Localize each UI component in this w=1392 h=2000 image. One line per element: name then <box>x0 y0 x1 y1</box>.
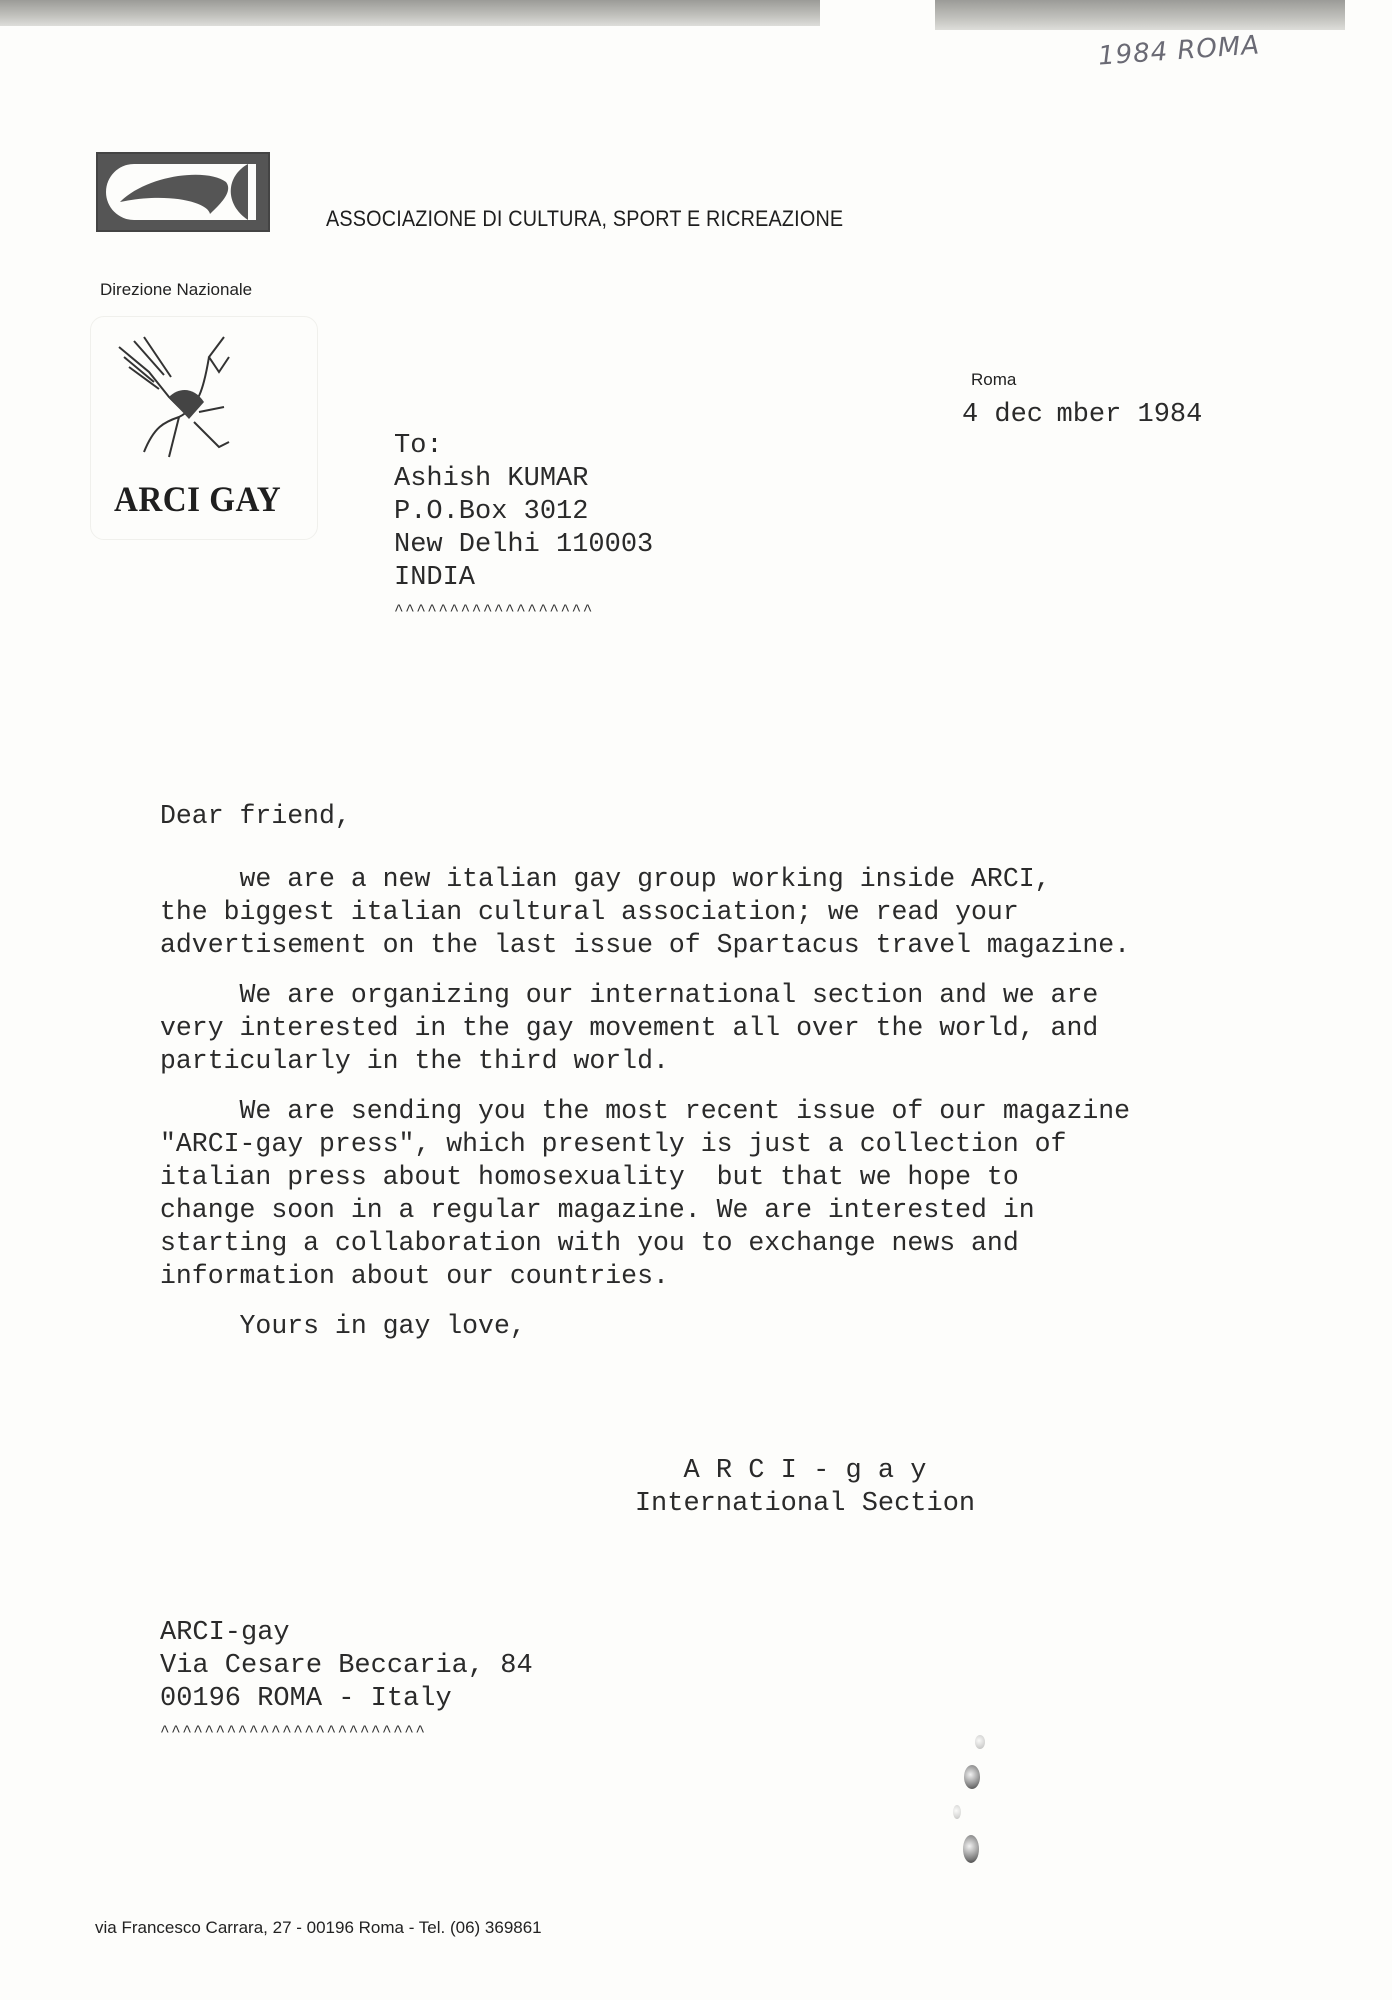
punch-hole-icon <box>963 1835 979 1863</box>
recipient-underline: ^^^^^^^^^^^^^^^^^^ <box>394 595 653 628</box>
paragraph-3: We are sending you the most recent issue… <box>160 1095 1280 1293</box>
punch-hole-icon <box>964 1765 980 1789</box>
punch-mark-icon <box>975 1735 985 1749</box>
place-label: Roma <box>971 370 1016 390</box>
letter-body: Dear friend, we are a new italian gay gr… <box>160 800 1280 1360</box>
sender-underline: ^^^^^^^^^^^^^^^^^^^^^^^^ <box>160 1716 533 1749</box>
pegasus-icon <box>109 327 259 477</box>
paragraph-2: We are organizing our international sect… <box>160 979 1280 1078</box>
footer-address: via Francesco Carrara, 27 - 00196 Roma -… <box>95 1918 542 1938</box>
sender-city: 00196 ROMA - Italy <box>160 1683 533 1716</box>
brand-title: ARCI GAY <box>114 478 281 520</box>
recipient-country: INDIA <box>394 562 653 595</box>
arci-logo-icon <box>96 152 270 232</box>
recipient-label: To: <box>394 430 653 463</box>
recipient-pobox: P.O.Box 3012 <box>394 496 653 529</box>
signature-section: International Section <box>610 1488 1000 1521</box>
letterhead-association: ASSOCIAZIONE DI CULTURA, SPORT E RICREAZ… <box>326 206 843 232</box>
recipient-block: To: Ashish KUMAR P.O.Box 3012 New Delhi … <box>394 430 653 628</box>
signature-block: A R C I - g a y International Section <box>610 1455 1000 1521</box>
scan-artifact-top-right <box>935 0 1345 30</box>
handwritten-note: 1984 ROMA <box>1097 30 1261 71</box>
recipient-city: New Delhi 110003 <box>394 529 653 562</box>
sender-name: ARCI-gay <box>160 1617 533 1650</box>
signature-name: A R C I - g a y <box>610 1455 1000 1488</box>
letterhead-department: Direzione Nazionale <box>100 280 252 300</box>
sender-street: Via Cesare Beccaria, 84 <box>160 1650 533 1683</box>
salutation: Dear friend, <box>160 800 1280 833</box>
paragraph-1: we are a new italian gay group working i… <box>160 863 1280 962</box>
letter-date: 4 dec mber 1984 <box>962 400 1202 430</box>
scan-artifact-top-left <box>0 0 820 26</box>
closing: Yours in gay love, <box>160 1310 1280 1343</box>
punch-mark-icon <box>953 1805 961 1819</box>
sender-block: ARCI-gay Via Cesare Beccaria, 84 00196 R… <box>160 1617 533 1749</box>
recipient-name: Ashish KUMAR <box>394 463 653 496</box>
